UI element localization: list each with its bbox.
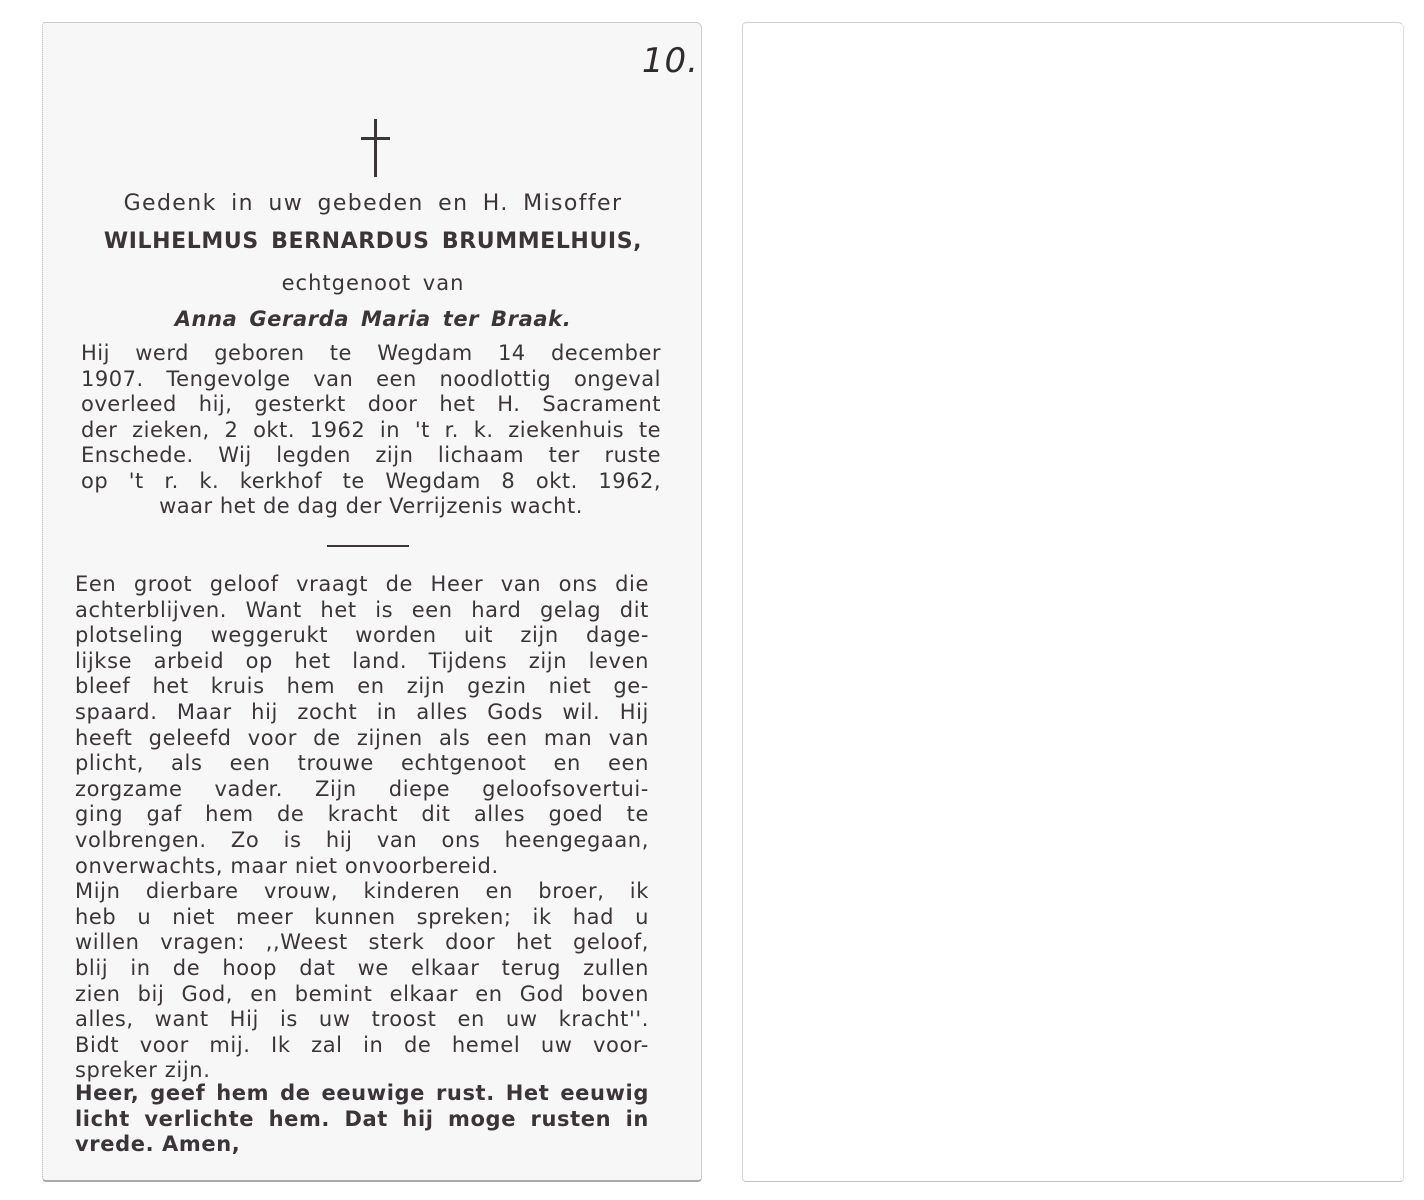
faith-line: zorgzame vader. Zijn diepe geloofsovertu… xyxy=(75,777,649,803)
memorial-card-front: 10. Gedenk in uw gebeden en H. Misoffer … xyxy=(42,22,702,1182)
prayer-line: licht verlichte hem. Dat hij moge rusten… xyxy=(75,1107,649,1133)
faith-line: Mijn dierbare vrouw, kinderen en broer, … xyxy=(75,879,649,905)
faith-line: spaard. Maar hij zocht in alles Gods wil… xyxy=(75,700,649,726)
faith-line: heeft geleefd voor de zijnen als een man… xyxy=(75,726,649,752)
biography-line: op 't r. k. kerkhof te Wegdam 8 okt. 196… xyxy=(81,469,661,495)
faith-line: alles, want Hij is uw troost en uw krach… xyxy=(75,1007,649,1033)
faith-line: Een groot geloof vraagt de Heer van ons … xyxy=(75,572,649,598)
biography-line: waar het de dag der Verrijzenis wacht. xyxy=(81,494,661,520)
prayer-line: vrede. Amen, xyxy=(75,1132,649,1158)
biography-paragraph: Hij werd geboren te Wegdam 14 december 1… xyxy=(81,341,661,520)
section-divider xyxy=(327,545,409,547)
latin-cross-icon xyxy=(361,119,389,179)
faith-line: lijkse arbeid op het land. Tijdens zijn … xyxy=(75,649,649,675)
faith-line: volbrengen. Zo is hij van ons heengegaan… xyxy=(75,828,649,854)
handwritten-page-number: 10. xyxy=(642,41,699,81)
faith-line: plotseling weggerukt worden uit zijn dag… xyxy=(75,623,649,649)
prayer-line: Heer, geef hem de eeuwige rust. Het eeuw… xyxy=(75,1081,649,1107)
faith-line: blij in de hoop dat we elkaar terug zull… xyxy=(75,956,649,982)
closing-prayer: Heer, geef hem de eeuwige rust. Het eeuw… xyxy=(75,1081,649,1158)
faith-line: onverwachts, maar niet onvoorbereid. xyxy=(75,854,649,880)
faith-paragraph: Een groot geloof vraagt de Heer van ons … xyxy=(75,572,649,1084)
faith-line: zien bij God, en bemint elkaar en God bo… xyxy=(75,982,649,1008)
biography-line: Enschede. Wij legden zijn lichaam ter ru… xyxy=(81,443,661,469)
faith-line: plicht, als een trouwe echtgenoot en een xyxy=(75,751,649,777)
faith-line: ging gaf hem de kracht dit alles goed te xyxy=(75,802,649,828)
cross-vertical-bar xyxy=(374,119,377,177)
cross-horizontal-bar xyxy=(361,137,390,140)
biography-line: overleed hij, gesterkt door het H. Sacra… xyxy=(81,392,661,418)
faith-line: Bidt voor mij. Ik zal in de hemel uw voo… xyxy=(75,1033,649,1059)
faith-line: willen vragen: ,,Weest sterk door het ge… xyxy=(75,930,649,956)
faith-line: achterblijven. Want het is een hard gela… xyxy=(75,598,649,624)
faith-line: bleef het kruis hem en zijn gezin niet g… xyxy=(75,674,649,700)
deceased-name: WILHELMUS BERNARDUS BRUMMELHUIS, xyxy=(83,229,663,254)
faith-line: heb u niet meer kunnen spreken; ik had u xyxy=(75,905,649,931)
remembrance-intro: Gedenk in uw gebeden en H. Misoffer xyxy=(83,191,663,216)
biography-line: Hij werd geboren te Wegdam 14 december xyxy=(81,341,661,367)
memorial-card-back-blank xyxy=(742,22,1404,1182)
biography-line: 1907. Tengevolge van een noodlottig onge… xyxy=(81,367,661,393)
biography-line: der zieken, 2 okt. 1962 in 't r. k. ziek… xyxy=(81,418,661,444)
spouse-name: Anna Gerarda Maria ter Braak. xyxy=(83,307,663,331)
spouse-relation: echtgenoot van xyxy=(83,271,663,295)
